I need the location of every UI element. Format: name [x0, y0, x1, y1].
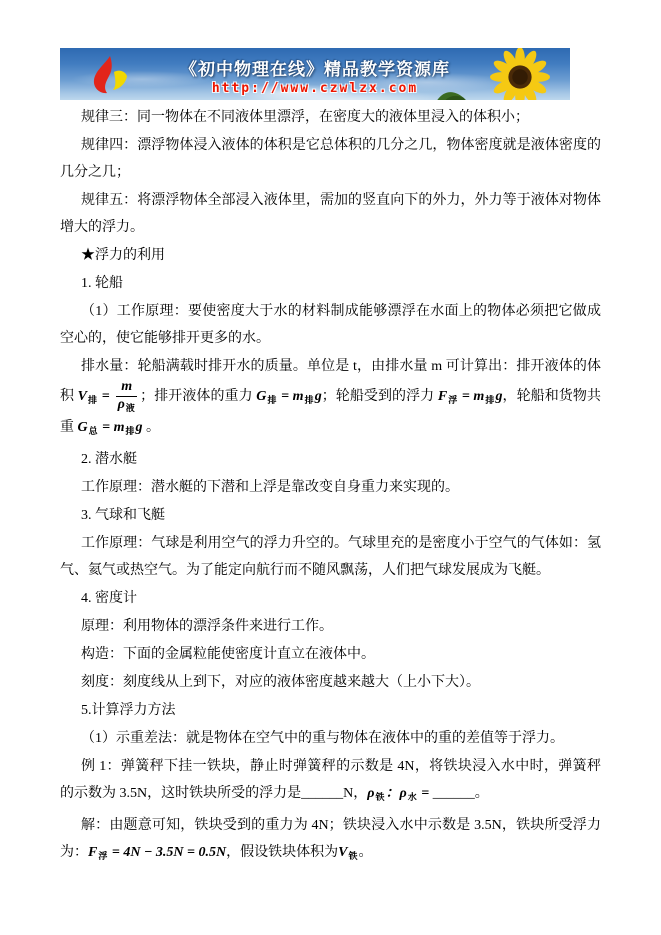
text-run: 构造：下面的金属粒能使密度计直立在液体中。: [81, 647, 375, 662]
text-run: （1）示重差法：就是物体在空气中的重与物体在液体中的重的差值等于浮力。: [81, 731, 564, 746]
formula-run: F: [88, 845, 97, 860]
text-run: ；排开液体的重力: [140, 389, 256, 404]
paragraph: 5.计算浮力方法: [60, 697, 601, 724]
formula-run: = m: [278, 389, 304, 404]
formula-subscript: 排: [485, 395, 494, 405]
formula-run: G: [78, 420, 88, 435]
text-run: 5.计算浮力方法: [81, 703, 176, 718]
blank-field[interactable]: ______: [301, 786, 343, 801]
text-run: 。: [143, 420, 161, 435]
formula-run: F: [438, 389, 447, 404]
site-banner: 《初中物理在线》精品教学资源库 http://www.czwlzx.com: [60, 48, 570, 100]
paragraph: 工作原理：气球是利用空气的浮力升空的。气球里充的是密度小于空气的气体如：氢气、氦…: [60, 530, 601, 584]
paragraph: 刻度：刻度线从上到下，对应的液体密度越来越大（上小下大）。: [60, 669, 601, 696]
paragraph: 构造：下面的金属粒能使密度计直立在液体中。: [60, 641, 601, 668]
paragraph: 3. 气球和飞艇: [60, 502, 601, 529]
text-run: （1）工作原理：要使密度大于水的材料制成能够漂浮在水面上的物体必须把它做成空心的…: [60, 304, 601, 346]
formula-subscript: 排: [267, 395, 276, 405]
text-run: 1. 轮船: [81, 276, 123, 291]
paragraph: 排水量：轮船满载时排开水的质量。单位是 t，由排水量 m 可计算出：排开液体的体…: [60, 353, 601, 445]
text-run: ；轮船受到的浮力: [322, 389, 438, 404]
paragraph: 规律三：同一物体在不同液体里漂浮，在密度大的液体里浸入的体积小；: [60, 104, 601, 131]
paragraph: 工作原理：潜水艇的下潜和上浮是靠改变自身重力来实现的。: [60, 474, 601, 501]
formula-run: ρ: [118, 397, 125, 412]
formula-run: =: [98, 389, 113, 404]
text-run: 规律四：漂浮物体浸入液体的体积是它总体积的几分之几，物体密度就是液体密度的几分之…: [60, 138, 601, 180]
formula-subscript: 排: [88, 395, 97, 405]
document-page: 《初中物理在线》精品教学资源库 http://www.czwlzx.com: [0, 0, 661, 935]
fraction: mρ液: [116, 380, 137, 413]
text-run: 4. 密度计: [81, 591, 137, 606]
formula-subscript: 浮: [98, 851, 107, 861]
formula-run: m: [121, 379, 132, 394]
formula-subscript: 水: [408, 792, 417, 802]
formula-run: ：: [385, 786, 399, 801]
text-run: 3. 气球和飞艇: [81, 508, 165, 523]
text-run: 规律五：将漂浮物体全部浸入液体里，需加的竖直向下的外力，外力等于液体对物体增大的…: [60, 193, 601, 235]
leaf-icon: [434, 84, 470, 100]
paragraph: ★浮力的利用: [60, 242, 601, 269]
paragraph: 原理：利用物体的漂浮条件来进行工作。: [60, 613, 601, 640]
formula-subscript: 排: [126, 426, 135, 436]
text-run: 。: [475, 786, 489, 801]
text-run: 工作原理：气球是利用空气的浮力升空的。气球里充的是密度小于空气的气体如：氢气、氦…: [60, 536, 601, 578]
blank-field[interactable]: ______: [433, 786, 475, 801]
formula-subscript: 铁: [375, 792, 384, 802]
paragraph: 4. 密度计: [60, 585, 601, 612]
text-run: 工作原理：潜水艇的下潜和上浮是靠改变自身重力来实现的。: [81, 480, 459, 495]
formula-subscript: 铁: [348, 851, 357, 861]
paragraph: 例 1：弹簧秤下挂一铁块，静止时弹簧秤的示数是 4N，将铁块浸入水中时，弹簧秤的…: [60, 753, 601, 811]
formula-run: g: [136, 420, 143, 435]
formula-run: = m: [458, 389, 484, 404]
paragraph: （1）工作原理：要使密度大于水的材料制成能够漂浮在水面上的物体必须把它做成空心的…: [60, 298, 601, 352]
formula-subscript: 液: [126, 403, 135, 413]
text-run: 原理：利用物体的漂浮条件来进行工作。: [81, 619, 333, 634]
formula-run: V: [338, 845, 347, 860]
text-run: 2. 潜水艇: [81, 452, 137, 467]
formula-run: = 4N − 3.5N = 0.5N: [108, 845, 226, 860]
formula-run: ρ: [399, 786, 406, 801]
text-run: 规律三：同一物体在不同液体里漂浮，在密度大的液体里浸入的体积小；: [81, 110, 529, 125]
formula-run: = m: [99, 420, 125, 435]
formula-run: V: [78, 389, 87, 404]
paragraph: 规律四：漂浮物体浸入液体的体积是它总体积的几分之几，物体密度就是液体密度的几分之…: [60, 132, 601, 186]
formula-subscript: 排: [305, 395, 314, 405]
banner-url-link[interactable]: http://www.czwlzx.com: [212, 81, 418, 96]
text-run: 。: [359, 845, 373, 860]
formula-subscript: 总: [89, 426, 98, 436]
text-run: ，假设铁块体积为: [226, 845, 338, 860]
text-run: 刻度：刻度线从上到下，对应的液体密度越来越大（上小下大）。: [81, 675, 480, 690]
text-run: ★浮力的利用: [81, 248, 165, 263]
formula-run: =: [418, 786, 433, 801]
paragraph: 解：由题意可知，铁块受到的重力为 4N；铁块浸入水中示数是 3.5N，铁块所受浮…: [60, 812, 601, 870]
document-body: 规律三：同一物体在不同液体里漂浮，在密度大的液体里浸入的体积小；规律四：漂浮物体…: [60, 104, 601, 871]
formula-run: G: [256, 389, 266, 404]
banner-title: 《初中物理在线》精品教学资源库: [180, 55, 450, 80]
paragraph: 2. 潜水艇: [60, 446, 601, 473]
text-run: N，: [343, 786, 367, 801]
formula-subscript: 浮: [448, 395, 457, 405]
formula-run: g: [315, 389, 322, 404]
formula-run: ρ: [367, 786, 374, 801]
sunflower-icon: [488, 48, 552, 100]
paragraph: 规律五：将漂浮物体全部浸入液体里，需加的竖直向下的外力，外力等于液体对物体增大的…: [60, 187, 601, 241]
paragraph: （1）示重差法：就是物体在空气中的重与物体在液体中的重的差值等于浮力。: [60, 725, 601, 752]
paragraph: 1. 轮船: [60, 270, 601, 297]
